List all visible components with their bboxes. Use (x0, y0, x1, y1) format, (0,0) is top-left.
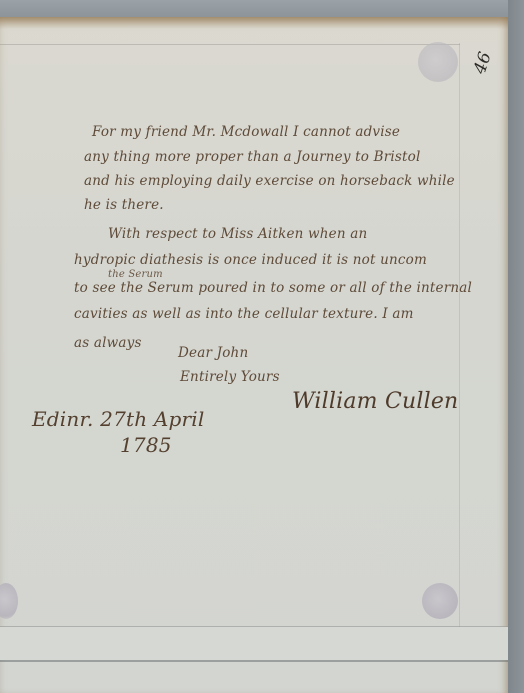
letter-sheet: 46 For my friend Mr. Mcdowall I cannot a… (0, 17, 508, 693)
ruled-line-top (0, 44, 460, 45)
wax-seal-mark-top (418, 42, 458, 82)
body-line-8: cavities as well as into the cellular te… (74, 306, 414, 322)
dateline-year: 1785 (120, 433, 172, 457)
valediction: Entirely Yours (180, 369, 280, 385)
fold-crease-lower (0, 660, 508, 662)
ruled-margin-right (459, 43, 460, 643)
scanner-backdrop-top (0, 0, 524, 18)
body-line-7: to see the Serum poured in to some or al… (74, 280, 472, 296)
wax-seal-mark-bottom-right (422, 583, 458, 619)
wax-seal-mark-bottom-left (0, 583, 18, 619)
folio-number: 46 (470, 50, 496, 77)
body-line-2: any thing more proper than a Journey to … (84, 149, 421, 165)
body-line-9: as always (74, 335, 142, 351)
body-line-5: With respect to Miss Aitken when an (108, 226, 367, 242)
scanner-backdrop-right (508, 0, 524, 693)
interlinear-insertion: the Serum (108, 269, 163, 280)
folded-flap (0, 627, 508, 660)
body-line-4: he is there. (84, 197, 164, 213)
salutation: Dear John (178, 345, 248, 361)
signature: William Cullen (292, 389, 458, 414)
edge-stain (0, 17, 508, 29)
body-line-1: For my friend Mr. Mcdowall I cannot advi… (92, 124, 400, 140)
body-line-3: and his employing daily exercise on hors… (84, 173, 455, 189)
dateline-place-date: Edinr. 27th April (32, 407, 204, 431)
body-line-6: hydropic diathesis is once induced it is… (74, 252, 427, 268)
fold-crease-upper (0, 626, 508, 627)
